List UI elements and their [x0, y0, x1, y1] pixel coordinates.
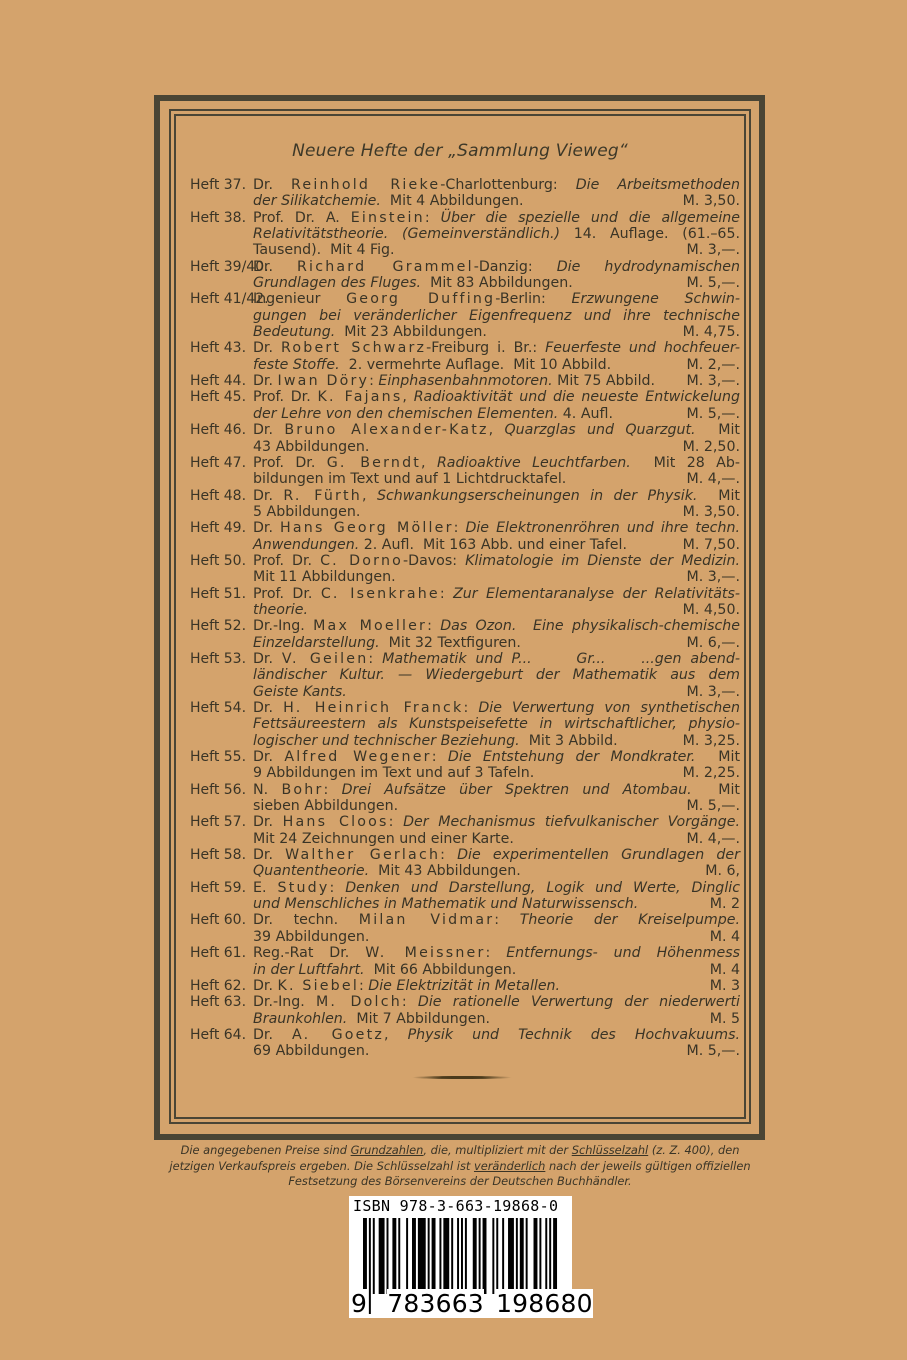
- entry-text: Dr. V. Geilen: Mathematik und P... Gr...…: [253, 651, 750, 700]
- entry-detail: Dr.: [253, 488, 283, 504]
- entry-line: Ingenieur Georg Duffing-Berlin: Erzwunge…: [253, 291, 740, 307]
- entry-detail: Mit 24 Zeichnungen und einer Karte.: [253, 831, 514, 847]
- entry-line-text: Dr. H. Heinrich Franck: Die Verwertung v…: [253, 700, 740, 716]
- work-title: Drei Aufsätze über Spektren und Atombau.: [342, 782, 692, 798]
- price: M. 5: [710, 1011, 740, 1027]
- author-name: K. Fajans: [317, 389, 402, 405]
- entry-line-text: Dr.-Ing. M. Dolch: Die rationelle Verwer…: [253, 994, 740, 1010]
- heft-number: Heft 54.: [190, 700, 253, 749]
- heft-number: Heft 56.: [190, 782, 253, 815]
- entry-line-text: Dr. Iwan Döry: Einphasenbahnmotoren. Mit…: [253, 373, 655, 389]
- entry-detail: :: [440, 847, 457, 863]
- work-title: Über die spezielle und die allgemeine: [441, 210, 740, 226]
- author-name: H. Heinrich Franck: [283, 700, 463, 716]
- list-item: Heft 61.Reg.-Rat Dr. W. Meissner: Entfer…: [190, 945, 750, 978]
- heft-number: Heft 63.: [190, 994, 253, 1027]
- entry-line: feste Stoffe. 2. vermehrte Auflage. Mit …: [253, 357, 740, 373]
- list-item: Heft 41/42.Ingenieur Georg Duffing-Berli…: [190, 291, 750, 340]
- price: M. 3,50.: [683, 193, 740, 209]
- entry-detail: :: [463, 700, 478, 716]
- heft-number: Heft 57.: [190, 814, 253, 847]
- work-title: logischer und technischer Beziehung.: [253, 733, 520, 749]
- work-title: Relativitätstheorie. (Gemeinverständlich…: [253, 226, 574, 242]
- list-item: Heft 38.Prof. Dr. A. Einstein: Über die …: [190, 210, 750, 259]
- price: M. 3,50.: [683, 504, 740, 520]
- entry-detail: Mit: [697, 488, 740, 504]
- heft-number: Heft 50.: [190, 553, 253, 586]
- series-list: Heft 37.Dr. Reinhold Rieke-Charlottenbur…: [190, 177, 750, 1060]
- entry-detail: 4. Aufl.: [558, 406, 613, 422]
- work-title: Geiste Kants.: [253, 684, 347, 700]
- entry-line: und Menschliches in Mathematik und Natur…: [253, 896, 740, 912]
- list-item: Heft 50.Prof. Dr. C. Dorno-Davos: Klimat…: [190, 553, 750, 586]
- work-title: der Lehre von den chemischen Elementen.: [253, 406, 558, 422]
- entry-line-text: Geiste Kants.: [253, 684, 347, 700]
- price-note: Die angegebenen Preise sind Grundzahlen,…: [160, 1143, 760, 1190]
- entry-line-text: Dr. R. Fürth, Schwankungserscheinungen i…: [253, 488, 740, 504]
- heft-number: Heft 43.: [190, 340, 253, 373]
- work-title: Die rationelle Verwertung der niederwert…: [418, 994, 740, 1010]
- ean-left-group: 783663: [387, 1289, 484, 1318]
- entry-detail: Tausend). Mit 4 Fig.: [253, 242, 395, 258]
- entry-line-text: der Silikatchemie. Mit 4 Abbildungen.: [253, 193, 524, 209]
- heft-number: Heft 61.: [190, 945, 253, 978]
- ean-first-digit: 9: [351, 1289, 367, 1318]
- work-title: der Silikatchemie.: [253, 193, 381, 209]
- entry-detail: Dr.: [253, 422, 284, 438]
- list-item: Heft 44.Dr. Iwan Döry: Einphasenbahnmoto…: [190, 373, 750, 389]
- entry-line: Geiste Kants.M. 3,—.: [253, 684, 740, 700]
- entry-line-text: Fettsäureestern als Kunstspeisefette in …: [253, 716, 740, 732]
- entry-line-text: Dr. Walther Gerlach: Die experimentellen…: [253, 847, 740, 863]
- entry-line-text: Ingenieur Georg Duffing-Berlin: Erzwunge…: [253, 291, 740, 307]
- entry-line-text: 5 Abbildungen.: [253, 504, 360, 520]
- entry-line-text: theorie.: [253, 602, 308, 618]
- list-item: Heft 58.Dr. Walther Gerlach: Die experim…: [190, 847, 750, 880]
- entry-line-text: Dr. Bruno Alexander-Katz, Quarzglas und …: [253, 422, 740, 438]
- entry-text: Dr. Walther Gerlach: Die experimentellen…: [253, 847, 750, 880]
- work-title: Quantentheorie.: [253, 863, 369, 879]
- heft-number: Heft 52.: [190, 618, 253, 651]
- author-name: Bruno Alexander-Katz: [284, 422, 488, 438]
- heft-number: Heft 41/42.: [190, 291, 253, 340]
- entry-detail: :: [425, 210, 441, 226]
- note-text: Die angegebenen Preise sind: [181, 1143, 351, 1157]
- entry-line-text: 69 Abbildungen.: [253, 1043, 369, 1059]
- heft-number: Heft 49.: [190, 520, 253, 553]
- entry-line-text: Relativitätstheorie. (Gemeinverständlich…: [253, 226, 740, 242]
- heft-number: Heft 37.: [190, 177, 253, 210]
- entry-line: Dr.-Ing. M. Dolch: Die rationelle Verwer…: [253, 994, 740, 1010]
- entry-detail: bildungen im Text und auf 1 Lichtdruckta…: [253, 471, 566, 487]
- price: M. 4,—.: [687, 471, 741, 487]
- author-name: Georg Duffing: [346, 291, 495, 307]
- entry-detail: Mit: [692, 782, 740, 798]
- list-item: Heft 52.Dr.-Ing. Max Moeller: Das Ozon. …: [190, 618, 750, 651]
- entry-detail: 14. Auflage. (61.–65.: [574, 226, 740, 242]
- work-title: Feuerfeste und hochfeuer-: [545, 340, 740, 356]
- ean-digits: 9 783663 198680: [351, 1289, 566, 1318]
- work-title: Fettsäureestern als Kunstspeisefette in …: [253, 716, 740, 732]
- entry-line: Dr. Reinhold Rieke-Charlottenburg: Die A…: [253, 177, 740, 193]
- price: M. 3,25.: [683, 733, 740, 749]
- note-emphasis: Grundzahlen: [351, 1143, 424, 1157]
- entry-detail: Dr.: [253, 814, 283, 830]
- entry-line-text: bildungen im Text und auf 1 Lichtdruckta…: [253, 471, 566, 487]
- work-title: Einphasenbahnmotoren.: [378, 373, 552, 389]
- entry-line: Anwendungen. 2. Aufl. Mit 163 Abb. und e…: [253, 537, 740, 553]
- entry-detail: 39 Abbildungen.: [253, 929, 369, 945]
- entry-line-text: Braunkohlen. Mit 7 Abbildungen.: [253, 1011, 490, 1027]
- heft-number: Heft 59.: [190, 880, 253, 913]
- list-item: Heft 57.Dr. Hans Cloos: Der Mechanismus …: [190, 814, 750, 847]
- entry-line-text: und Menschliches in Mathematik und Natur…: [253, 896, 638, 912]
- entry-line-text: Mit 11 Abbildungen.: [253, 569, 396, 585]
- list-item: Heft 51.Prof. Dr. C. Isenkrahe: Zur Elem…: [190, 586, 750, 619]
- entry-detail: ,: [489, 422, 505, 438]
- work-title: Die hydrodynamischen: [557, 259, 740, 275]
- entry-line-text: sieben Abbildungen.: [253, 798, 398, 814]
- price: M. 6,—.: [687, 635, 741, 651]
- entry-line: ländischer Kultur. — Wiedergeburt der Ma…: [253, 667, 740, 683]
- entry-detail: Mit 4 Abbildungen.: [381, 193, 524, 209]
- entry-detail: Prof. Dr.: [253, 389, 317, 405]
- heft-number: Heft 46.: [190, 422, 253, 455]
- entry-detail: 43 Abbildungen.: [253, 439, 369, 455]
- work-title: Zur Elementaranalyse der Relativitäts-: [453, 586, 740, 602]
- entry-detail: :: [427, 618, 440, 634]
- price: M. 4: [710, 962, 740, 978]
- entry-text: Dr. Richard Grammel-Danzig: Die hydrodyn…: [253, 259, 750, 292]
- work-title: Die Elektronenröhren und ihre techn.: [465, 520, 740, 536]
- entry-detail: Mit 7 Abbildungen.: [347, 1011, 490, 1027]
- entry-line: gungen bei veränderlicher Eigenfrequenz …: [253, 308, 740, 324]
- entry-detail: sieben Abbildungen.: [253, 798, 398, 814]
- entry-line-text: Dr. A. Goetz, Physik und Technik des Hoc…: [253, 1027, 740, 1043]
- entry-line-text: Prof. Dr. C. Isenkrahe: Zur Elementarana…: [253, 586, 740, 602]
- work-title: feste Stoffe.: [253, 357, 340, 373]
- entry-line: Dr. techn. Milan Vidmar: Theorie der Kre…: [253, 912, 740, 928]
- entry-detail: Mit 23 Abbildungen.: [335, 324, 487, 340]
- entry-line: der Silikatchemie. Mit 4 Abbildungen.M. …: [253, 193, 740, 209]
- entry-detail: Dr.: [253, 520, 280, 536]
- list-item: Heft 48.Dr. R. Fürth, Schwankungserschei…: [190, 488, 750, 521]
- entry-line-text: Reg.-Rat Dr. W. Meissner: Entfernungs- u…: [253, 945, 740, 961]
- work-title: Die Entstehung der Mondkrater.: [448, 749, 696, 765]
- entry-line: logischer und technischer Beziehung. Mit…: [253, 733, 740, 749]
- entry-detail: Mit 66 Abbildungen.: [365, 962, 517, 978]
- entry-detail: Prof. Dr.: [253, 455, 327, 471]
- entry-line: N. Bohr: Drei Aufsätze über Spektren und…: [253, 782, 740, 798]
- note-emphasis: veränderlich: [474, 1159, 545, 1173]
- work-title: Die Elektrizität in Metallen.: [368, 978, 560, 994]
- list-item: Heft 39/40.Dr. Richard Grammel-Danzig: D…: [190, 259, 750, 292]
- entry-detail: Dr.: [253, 177, 291, 193]
- entry-text: Ingenieur Georg Duffing-Berlin: Erzwunge…: [253, 291, 750, 340]
- entry-line-text: Grundlagen des Fluges. Mit 83 Abbildunge…: [253, 275, 573, 291]
- heft-number: Heft 60.: [190, 912, 253, 945]
- entry-detail: Dr.: [253, 651, 282, 667]
- list-item: Heft 55.Dr. Alfred Wegener: Die Entstehu…: [190, 749, 750, 782]
- entry-line-text: Prof. Dr. G. Berndt, Radioaktive Leuchtf…: [253, 455, 740, 471]
- work-title: Theorie der Kreiselpumpe.: [520, 912, 740, 928]
- entry-detail: :: [323, 782, 341, 798]
- work-title: Denken und Darstellung, Logik und Werte,…: [345, 880, 740, 896]
- entry-detail: Dr.: [253, 373, 277, 389]
- entry-detail: Dr.: [253, 1027, 292, 1043]
- entry-detail: Mit 28 Ab-: [631, 455, 740, 471]
- entry-detail: -Berlin:: [495, 291, 571, 307]
- entry-text: Prof. Dr. K. Fajans, Radioaktivität und …: [253, 389, 750, 422]
- entry-detail: Prof. Dr.: [253, 586, 321, 602]
- entry-detail: :: [389, 814, 403, 830]
- work-title: Die Verwertung von synthetischen: [478, 700, 740, 716]
- author-name: Iwan Döry: [277, 373, 369, 389]
- entry-detail: Dr.: [253, 978, 277, 994]
- entry-line-text: logischer und technischer Beziehung. Mit…: [253, 733, 618, 749]
- entry-line-text: N. Bohr: Drei Aufsätze über Spektren und…: [253, 782, 740, 798]
- entry-line: Prof. Dr. C. Isenkrahe: Zur Elementarana…: [253, 586, 740, 602]
- heft-number: Heft 47.: [190, 455, 253, 488]
- entry-line-text: gungen bei veränderlicher Eigenfrequenz …: [253, 308, 740, 324]
- entry-line: Dr. Robert Schwarz-Freiburg i. Br.: Feue…: [253, 340, 740, 356]
- entry-line: in der Luftfahrt. Mit 66 Abbildungen.M. …: [253, 962, 740, 978]
- entry-detail: :: [368, 651, 382, 667]
- heft-number: Heft 58.: [190, 847, 253, 880]
- entry-line: Dr. A. Goetz, Physik und Technik des Hoc…: [253, 1027, 740, 1043]
- entry-detail: Dr.: [253, 700, 283, 716]
- heft-number: Heft 38.: [190, 210, 253, 259]
- list-item: Heft 47.Prof. Dr. G. Berndt, Radioaktive…: [190, 455, 750, 488]
- entry-detail: 69 Abbildungen.: [253, 1043, 369, 1059]
- work-title: Anwendungen.: [253, 537, 359, 553]
- entry-detail: Ingenieur: [253, 291, 346, 307]
- entry-detail: :: [485, 945, 506, 961]
- entry-detail: -Danzig:: [474, 259, 557, 275]
- entry-line: Fettsäureestern als Kunstspeisefette in …: [253, 716, 740, 732]
- entry-text: N. Bohr: Drei Aufsätze über Spektren und…: [253, 782, 750, 815]
- list-item: Heft 56.N. Bohr: Drei Aufsätze über Spek…: [190, 782, 750, 815]
- author-name: Bohr: [281, 782, 323, 798]
- entry-line-text: Dr. Richard Grammel-Danzig: Die hydrodyn…: [253, 259, 740, 275]
- author-name: Einstein: [351, 210, 425, 226]
- entry-detail: :: [432, 749, 448, 765]
- entry-line: Prof. Dr. G. Berndt, Radioaktive Leuchtf…: [253, 455, 740, 471]
- entry-detail: Dr.-Ing.: [253, 618, 313, 634]
- entry-line: Prof. Dr. A. Einstein: Über die speziell…: [253, 210, 740, 226]
- entry-line: Dr. Iwan Döry: Einphasenbahnmotoren. Mit…: [253, 373, 740, 389]
- entry-detail: Dr.: [253, 340, 281, 356]
- entry-line-text: E. Study: Denken und Darstellung, Logik …: [253, 880, 740, 896]
- entry-line: Dr. Richard Grammel-Danzig: Die hydrodyn…: [253, 259, 740, 275]
- work-title: Die Arbeitsmethoden: [576, 177, 740, 193]
- work-title: und Menschliches in Mathematik und Natur…: [253, 896, 638, 912]
- entry-detail: Dr.-Ing.: [253, 994, 316, 1010]
- entry-line: Mit 24 Zeichnungen und einer Karte.M. 4,…: [253, 831, 740, 847]
- entry-detail: N.: [253, 782, 281, 798]
- entry-line-text: Bedeutung. Mit 23 Abbildungen.: [253, 324, 487, 340]
- entry-line-text: Tausend). Mit 4 Fig.: [253, 242, 395, 258]
- entry-line-text: Dr. Robert Schwarz-Freiburg i. Br.: Feue…: [253, 340, 740, 356]
- entry-line: Quantentheorie. Mit 43 Abbildungen.M. 6,: [253, 863, 740, 879]
- entry-detail: -Davos:: [403, 553, 465, 569]
- price: M. 3: [710, 978, 740, 994]
- work-title: Klimatologie im Dienste der Medizin.: [465, 553, 740, 569]
- entry-line-text: 43 Abbildungen.: [253, 439, 369, 455]
- author-name: R. Fürth: [283, 488, 362, 504]
- entry-line-text: Dr. Hans Cloos: Der Mechanismus tiefvulk…: [253, 814, 740, 830]
- entry-text: Dr. Bruno Alexander-Katz, Quarzglas und …: [253, 422, 750, 455]
- entry-line: Dr. K. Siebel: Die Elektrizität in Metal…: [253, 978, 740, 994]
- author-name: Walther Gerlach: [285, 847, 440, 863]
- entry-line: bildungen im Text und auf 1 Lichtdruckta…: [253, 471, 740, 487]
- work-title: theorie.: [253, 602, 308, 618]
- heft-number: Heft 64.: [190, 1027, 253, 1060]
- entry-detail: :: [440, 586, 453, 602]
- entry-line: Dr. Hans Georg Möller: Die Elektronenröh…: [253, 520, 740, 536]
- work-title: Die experimentellen Grundlagen der: [457, 847, 740, 863]
- entry-detail: Prof. Dr.: [253, 553, 320, 569]
- entry-line: 39 Abbildungen.M. 4: [253, 929, 740, 945]
- author-name: A. Goetz: [292, 1027, 384, 1043]
- list-item: Heft 45.Prof. Dr. K. Fajans, Radioaktivi…: [190, 389, 750, 422]
- author-name: Max Moeller: [313, 618, 427, 634]
- list-item: Heft 60.Dr. techn. Milan Vidmar: Theorie…: [190, 912, 750, 945]
- entry-detail: Mit: [696, 422, 740, 438]
- price: M. 5,—.: [687, 1043, 741, 1059]
- author-name: Milan Vidmar: [359, 912, 495, 928]
- entry-line-text: der Lehre von den chemischen Elementen. …: [253, 406, 613, 422]
- entry-line: 69 Abbildungen.M. 5,—.: [253, 1043, 740, 1059]
- entry-text: Dr. K. Siebel: Die Elektrizität in Metal…: [253, 978, 750, 994]
- entry-detail: Reg.-Rat Dr.: [253, 945, 365, 961]
- entry-line: sieben Abbildungen.M. 5,—.: [253, 798, 740, 814]
- entry-detail: Mit 32 Textfiguren.: [380, 635, 521, 651]
- price: M. 2,25.: [683, 765, 740, 781]
- entry-text: Dr. R. Fürth, Schwankungserscheinungen i…: [253, 488, 750, 521]
- heft-number: Heft 45.: [190, 389, 253, 422]
- price: M. 3,—.: [687, 242, 741, 258]
- entry-line: 9 Abbildungen im Text und auf 3 Tafeln.M…: [253, 765, 740, 781]
- entry-line-text: Dr. Alfred Wegener: Die Entstehung der M…: [253, 749, 740, 765]
- author-name: C. Dorno: [320, 553, 403, 569]
- entry-line: Reg.-Rat Dr. W. Meissner: Entfernungs- u…: [253, 945, 740, 961]
- list-item: Heft 54.Dr. H. Heinrich Franck: Die Verw…: [190, 700, 750, 749]
- heft-number: Heft 53.: [190, 651, 253, 700]
- author-name: M. Dolch: [316, 994, 402, 1010]
- isbn-barcode: ISBN 978-3-663-19868-0 9 783663 198680: [349, 1196, 572, 1318]
- entry-detail: ,: [384, 1027, 408, 1043]
- price: M. 7,50.: [683, 537, 740, 553]
- list-item: Heft 46.Dr. Bruno Alexander-Katz, Quarzg…: [190, 422, 750, 455]
- entry-text: Dr. Hans Cloos: Der Mechanismus tiefvulk…: [253, 814, 750, 847]
- entry-detail: ,: [402, 389, 413, 405]
- entry-line-text: Prof. Dr. C. Dorno-Davos: Klimatologie i…: [253, 553, 740, 569]
- work-title: Der Mechanismus tiefvulkanischer Vorgäng…: [403, 814, 740, 830]
- entry-text: Reg.-Rat Dr. W. Meissner: Entfernungs- u…: [253, 945, 750, 978]
- entry-line: Relativitätstheorie. (Gemeinverständlich…: [253, 226, 740, 242]
- entry-line: Dr. Hans Cloos: Der Mechanismus tiefvulk…: [253, 814, 740, 830]
- author-name: K. Siebel: [277, 978, 358, 994]
- entry-detail: 2. vermehrte Auflage. Mit 10 Abbild.: [340, 357, 611, 373]
- page-title: Neuere Hefte der „Sammlung Vieweg“: [174, 141, 746, 161]
- author-name: Hans Georg Möller: [280, 520, 454, 536]
- work-title: Erzwungene Schwin-: [572, 291, 740, 307]
- entry-line: Mit 11 Abbildungen.M. 3,—.: [253, 569, 740, 585]
- entry-detail: Mit 3 Abbild.: [520, 733, 618, 749]
- heft-number: Heft 44.: [190, 373, 253, 389]
- heft-number: Heft 62.: [190, 978, 253, 994]
- work-title: in der Luftfahrt.: [253, 962, 365, 978]
- entry-text: Prof. Dr. A. Einstein: Über die speziell…: [253, 210, 750, 259]
- work-title: Physik und Technik des Hochvakuums.: [408, 1027, 740, 1043]
- entry-line-text: Dr. techn. Milan Vidmar: Theorie der Kre…: [253, 912, 740, 928]
- list-item: Heft 37.Dr. Reinhold Rieke-Charlottenbur…: [190, 177, 750, 210]
- entry-text: Dr. Robert Schwarz-Freiburg i. Br.: Feue…: [253, 340, 750, 373]
- work-title: Radioaktive Leuchtfarben.: [437, 455, 631, 471]
- work-title: Bedeutung.: [253, 324, 335, 340]
- work-title: ländischer Kultur. — Wiedergeburt der Ma…: [253, 667, 740, 683]
- list-item: Heft 64.Dr. A. Goetz, Physik und Technik…: [190, 1027, 750, 1060]
- entry-line-text: in der Luftfahrt. Mit 66 Abbildungen.: [253, 962, 516, 978]
- entry-line-text: feste Stoffe. 2. vermehrte Auflage. Mit …: [253, 357, 611, 373]
- entry-text: Dr. Hans Georg Möller: Die Elektronenröh…: [253, 520, 750, 553]
- list-item: Heft 63.Dr.-Ing. M. Dolch: Die rationell…: [190, 994, 750, 1027]
- price: M. 5,—.: [687, 406, 741, 422]
- entry-line: Dr. R. Fürth, Schwankungserscheinungen i…: [253, 488, 740, 504]
- list-item: Heft 53.Dr. V. Geilen: Mathematik und P.…: [190, 651, 750, 700]
- entry-detail: :: [454, 520, 466, 536]
- isbn-label: ISBN 978-3-663-19868-0: [353, 1197, 569, 1215]
- list-item: Heft 49.Dr. Hans Georg Möller: Die Elekt…: [190, 520, 750, 553]
- price: M. 5,—.: [687, 798, 741, 814]
- work-title: Radioaktivität und die neueste Entwickel…: [414, 389, 740, 405]
- entry-line-text: Dr.-Ing. Max Moeller: Das Ozon. Eine phy…: [253, 618, 740, 634]
- entry-detail: E.: [253, 880, 277, 896]
- work-title: Entfernungs- und Höhenmess: [506, 945, 740, 961]
- entry-line-text: Dr. Hans Georg Möller: Die Elektronenröh…: [253, 520, 740, 536]
- entry-detail: ,: [421, 455, 437, 471]
- entry-line: Bedeutung. Mit 23 Abbildungen.M. 4,75.: [253, 324, 740, 340]
- heft-number: Heft 55.: [190, 749, 253, 782]
- price: M. 2: [710, 896, 740, 912]
- entry-detail: :: [369, 373, 378, 389]
- work-title: Quarzglas und Quarzgut.: [505, 422, 696, 438]
- entry-detail: -Freiburg i. Br.:: [426, 340, 545, 356]
- entry-line-text: ländischer Kultur. — Wiedergeburt der Ma…: [253, 667, 740, 683]
- entry-detail: 9 Abbildungen im Text und auf 3 Tafeln.: [253, 765, 534, 781]
- entry-text: Prof. Dr. G. Berndt, Radioaktive Leuchtf…: [253, 455, 750, 488]
- author-name: G. Berndt: [327, 455, 421, 471]
- entry-line: theorie.M. 4,50.: [253, 602, 740, 618]
- price: M. 5,—.: [687, 275, 741, 291]
- entry-line-text: Anwendungen. 2. Aufl. Mit 163 Abb. und e…: [253, 537, 627, 553]
- author-name: V. Geilen: [282, 651, 368, 667]
- entry-line-text: Mit 24 Zeichnungen und einer Karte.: [253, 831, 514, 847]
- heft-number: Heft 39/40.: [190, 259, 253, 292]
- work-title: Das Ozon. Eine physikalisch-chemische: [440, 618, 740, 634]
- entry-text: Prof. Dr. C. Isenkrahe: Zur Elementarana…: [253, 586, 750, 619]
- price: M. 4,50.: [683, 602, 740, 618]
- entry-detail: Mit 75 Abbild.: [553, 373, 655, 389]
- entry-detail: :: [329, 880, 345, 896]
- author-name: Alfred Wegener: [284, 749, 431, 765]
- price: M. 2,50.: [683, 439, 740, 455]
- author-name: C. Isenkrahe: [321, 586, 440, 602]
- entry-line: Dr. V. Geilen: Mathematik und P... Gr...…: [253, 651, 740, 667]
- entry-text: Prof. Dr. C. Dorno-Davos: Klimatologie i…: [253, 553, 750, 586]
- entry-text: Dr. Iwan Döry: Einphasenbahnmotoren. Mit…: [253, 373, 750, 389]
